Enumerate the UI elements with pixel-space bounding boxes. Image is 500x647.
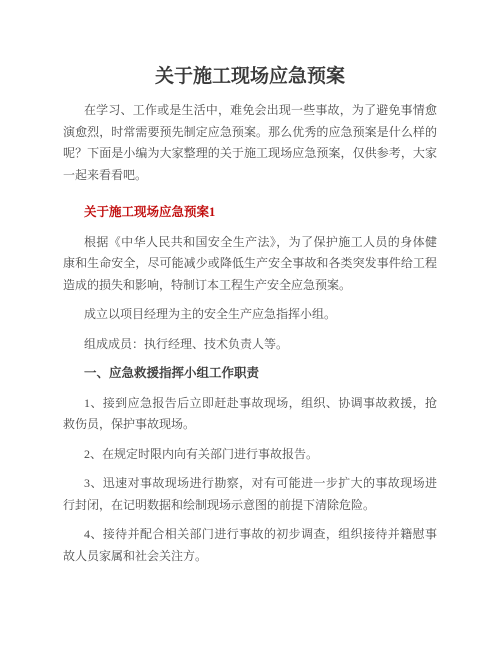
sub-heading-duties: 一、应急救援指挥小组工作职责 (63, 363, 437, 385)
duty-item-2: 2、在规定时限内向有关部门进行事故报告。 (63, 444, 437, 466)
duty-item-1: 1、接到应急报告后立即赶赴事故现场，组织、协调事故救援，抢救伤员，保护事故现场。 (63, 393, 437, 436)
paragraph-members: 组成成员：执行经理、技术负责人等。 (63, 334, 437, 356)
document-title: 关于施工现场应急预案 (63, 63, 437, 90)
paragraph-basis: 根据《中华人民共和国安全生产法》，为了保护施工人员的身体健康和生命安全，尽可能减… (63, 232, 437, 297)
paragraph-group-setup: 成立以项目经理为主的安全生产应急指挥小组。 (63, 304, 437, 326)
duty-item-4: 4、接待并配合相关部门进行事故的初步调查，组织接待并籍慰事故人员家属和社会关注方… (63, 524, 437, 567)
intro-paragraph: 在学习、工作或是生活中，难免会出现一些事故，为了避免事情愈演愈烈，时常需要预先制… (63, 100, 437, 186)
section-heading: 关于施工现场应急预案1 (63, 202, 437, 224)
document-page: 关于施工现场应急预案 在学习、工作或是生活中，难免会出现一些事故，为了避免事情愈… (0, 0, 500, 647)
duty-item-3: 3、迅速对事故现场进行勘察，对有可能进一步扩大的事故现场进行封闭，在记明数据和绘… (63, 473, 437, 516)
